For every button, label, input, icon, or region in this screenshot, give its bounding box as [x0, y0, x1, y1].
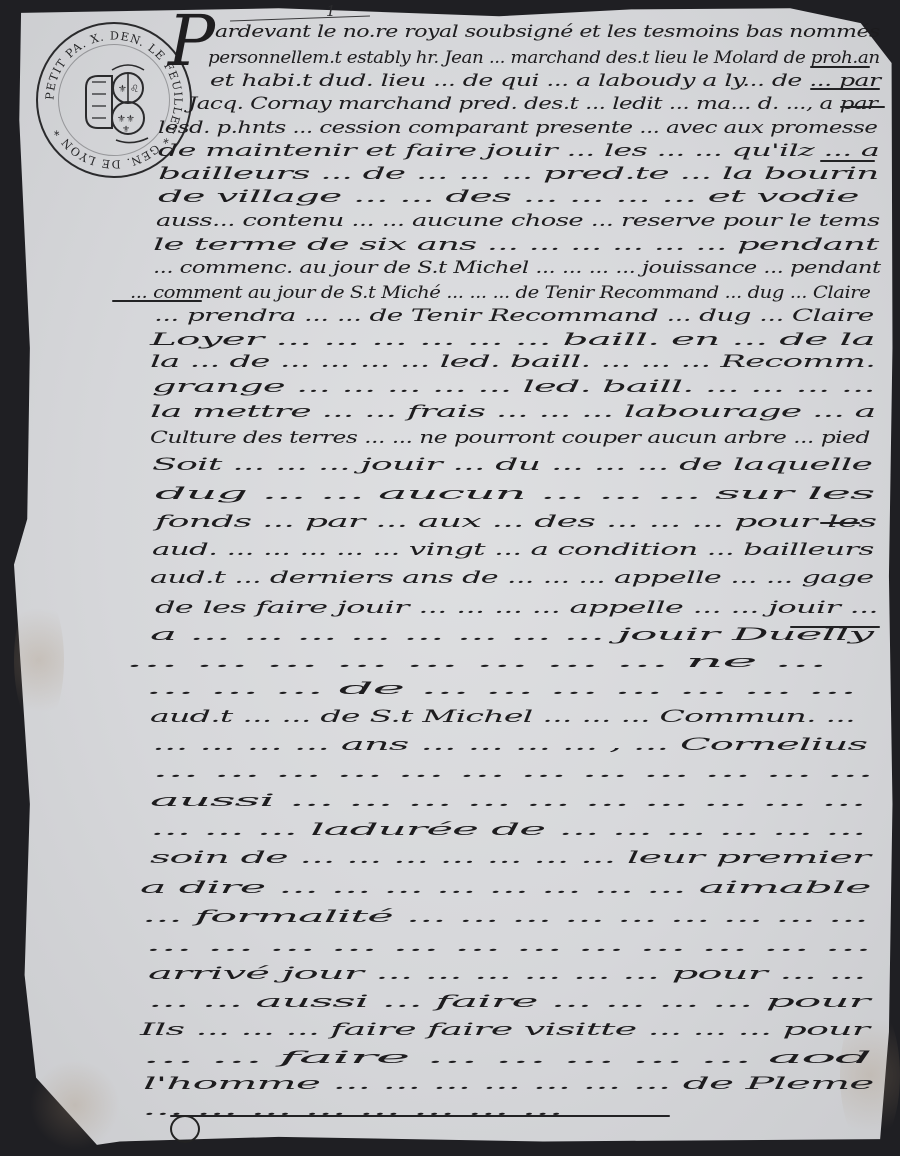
svg-text:⚜: ⚜ — [118, 84, 127, 95]
pen-flourish — [820, 522, 860, 524]
handwritten-line: ... ... ... ... ... ... ... ... ... ... … — [145, 936, 871, 956]
handwritten-line: Culture des terres ... ... ne pourront c… — [150, 428, 870, 448]
handwritten-line: ardevant le no.re royal soubsigné et les… — [215, 22, 880, 42]
handwritten-line: ... ... ... ... ans ... ... ... ... , ..… — [152, 735, 867, 755]
handwritten-line: la ... de ... ... ... ... led. baill. ..… — [150, 352, 875, 372]
handwritten-line: Ils ... ... ... faire faire visitte ... … — [140, 1020, 869, 1040]
handwritten-line: ... ... aussi ... faire ... ... ... ... … — [148, 992, 869, 1012]
pen-flourish — [840, 106, 885, 108]
handwritten-line: ... comment au jour de S.t Miché ... ...… — [130, 283, 870, 303]
handwritten-line: ... commenc. au jour de S.t Michel ... .… — [153, 258, 881, 278]
page-number: 1 — [326, 2, 336, 20]
handwritten-line: aussi ... ... ... ... ... ... ... ... ..… — [150, 791, 865, 811]
handwritten-line: ... ... ... ... ... ... ... ... — [142, 1100, 562, 1120]
handwritten-line: et habi.t dud. lieu ... de qui ... a lab… — [210, 71, 880, 91]
handwritten-line: aud.t ... ... de S.t Michel ... ... ... … — [150, 707, 855, 727]
handwritten-line: Jacq. Cornay marchand pred. des.t ... le… — [188, 94, 878, 114]
handwritten-line: grange ... ... ... ... ... led. baill. .… — [152, 377, 875, 397]
handwritten-line: ... formalité ... ... ... ... ... ... ..… — [142, 907, 868, 927]
handwritten-line: le terme de six ans ... ... ... ... ... … — [153, 235, 878, 255]
handwritten-line: ... ... ... ... ... ... ... ... ne ... — [125, 652, 826, 672]
handwritten-line: de village ... ... des ... ... ... ... e… — [158, 187, 859, 207]
pen-flourish — [810, 88, 880, 90]
handwritten-line: de les faire jouir ... ... ... ... appel… — [155, 598, 878, 618]
handwritten-line: ... ... ... ... ... ... ... ... ... ... … — [152, 762, 873, 782]
handwritten-line: Soit ... ... ... jouir ... du ... ... ..… — [152, 455, 872, 475]
handwritten-line: fonds ... par ... aux ... des ... ... ..… — [155, 512, 876, 532]
pen-flourish — [790, 626, 880, 628]
handwritten-line: personnellem.t estably hr. Jean ... marc… — [208, 48, 880, 68]
pen-flourish — [810, 66, 870, 68]
handwritten-line: ... prendra ... ... de Tenir Recommand .… — [154, 306, 874, 326]
handwritten-line: a ... ... ... ... ... ... ... ... jouir … — [150, 625, 873, 645]
handwritten-line: a dire ... ... ... ... ... ... ... ... a… — [140, 878, 870, 898]
handwritten-line: soin de ... ... ... ... ... ... ... leur… — [150, 848, 870, 868]
handwritten-line: l'homme ... ... ... ... ... ... ... de P… — [143, 1074, 873, 1094]
handwritten-line: arrivé jour ... ... ... ... ... ... pour… — [148, 964, 865, 984]
handwritten-line: la mettre ... ... frais ... ... ... labo… — [150, 402, 875, 422]
handwritten-line: Loyer ... ... ... ... ... ... baill. en … — [150, 330, 875, 350]
paper-stain — [14, 590, 64, 730]
svg-text:♌: ♌ — [130, 84, 139, 95]
handwritten-line: aud.t ... derniers ans de ... ... ... ap… — [150, 568, 873, 588]
handwritten-line: auss... contenu ... ... aucune chose ...… — [156, 211, 880, 231]
coat-of-arms-icon: ⚜ ♌ ⚜⚜ ⚜ — [72, 58, 160, 146]
handwritten-line: aud. ... ... ... ... ... vingt ... a con… — [152, 540, 874, 560]
handwritten-line: bailleurs ... de ... ... ... pred.te ...… — [158, 164, 878, 184]
handwritten-line: ... ... faire ... ... ... ... ... aod — [142, 1048, 871, 1068]
handwritten-line: lesd. p.hnts ... cession comparant prese… — [158, 118, 877, 138]
svg-text:⚜: ⚜ — [122, 125, 130, 135]
pen-flourish — [170, 1115, 670, 1117]
handwritten-line: ... ... ... de ... ... ... ... ... ... .… — [145, 679, 856, 699]
svg-text:⚜⚜: ⚜⚜ — [117, 114, 135, 125]
paper-stain — [30, 1060, 120, 1150]
handwritten-line: ... ... ... ladurée de ... ... ... ... .… — [150, 820, 865, 840]
pen-flourish — [112, 300, 202, 302]
closing-paraph-mark — [170, 1115, 200, 1143]
handwritten-line: de maintenir et faire jouir ... les ... … — [158, 141, 879, 161]
handwritten-line: dug ... ... aucun ... ... ... sur les — [155, 484, 874, 504]
pen-flourish — [820, 160, 875, 162]
